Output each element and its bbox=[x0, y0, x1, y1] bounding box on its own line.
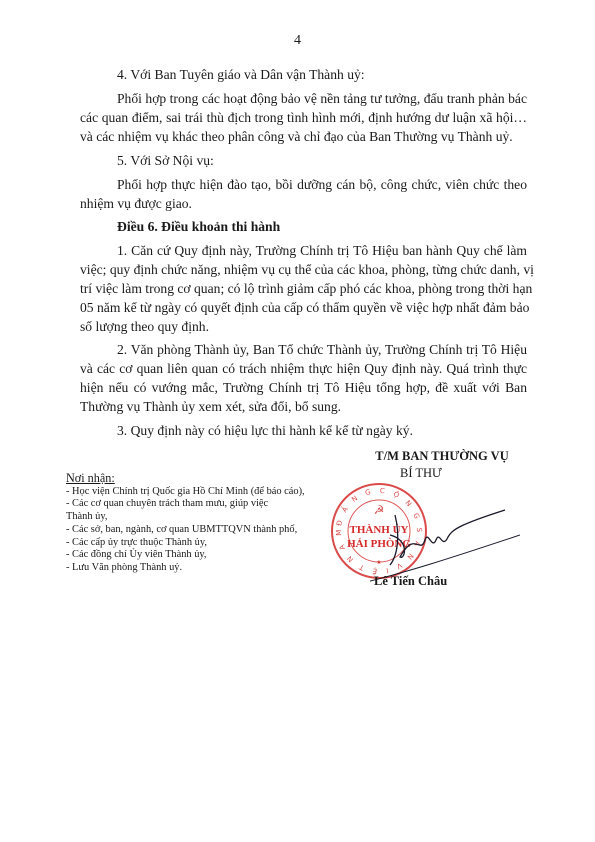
recipients-title: Nơi nhận: bbox=[66, 472, 305, 485]
section-4-heading: 4. Với Ban Tuyên giáo và Dân vận Thành u… bbox=[117, 67, 365, 83]
clause-2-line: hiện nếu có vướng mắc, Trường Chính trị … bbox=[80, 380, 527, 396]
recipient-item: - Học viện Chính trị Quốc gia Hồ Chí Min… bbox=[66, 486, 305, 499]
signature-role: BÍ THƯ bbox=[400, 466, 442, 481]
recipient-item: Thành ủy, bbox=[66, 511, 305, 524]
section-5-line: Phối hợp thực hiện đào tạo, bồi dưỡng cá… bbox=[117, 177, 527, 193]
clause-1-line: số lượng theo quy định. bbox=[80, 319, 209, 335]
recipient-item: - Các đồng chí Ủy viên Thành ủy, bbox=[66, 549, 305, 562]
recipient-item: - Lưu Văn phòng Thành uỷ. bbox=[66, 562, 305, 575]
clause-1-line: 1. Căn cứ Quy định này, Trường Chính trị… bbox=[117, 243, 527, 259]
clause-2-line: và các cơ quan liên quan có trách nhiệm … bbox=[80, 361, 527, 377]
page-number: 4 bbox=[0, 33, 595, 49]
recipient-item: - Các cấp ủy trực thuộc Thành ủy, bbox=[66, 537, 305, 550]
clause-2-line: 2. Văn phòng Thành ủy, Ban Tổ chức Thành… bbox=[117, 342, 527, 358]
recipients-block: Nơi nhận: - Học viện Chính trị Quốc gia … bbox=[66, 472, 305, 575]
section-4-line: Phối hợp trong các hoạt động bảo vệ nền … bbox=[117, 91, 527, 107]
recipient-item: - Các cơ quan chuyên trách tham mưu, giú… bbox=[66, 498, 305, 511]
clause-1-line: trí việc làm trong cơ quan; có lộ trình … bbox=[80, 281, 527, 297]
article-6-heading: Điều 6. Điều khoản thi hành bbox=[117, 219, 280, 235]
section-5-heading: 5. Với Sở Nội vụ: bbox=[117, 153, 214, 169]
clause-1-line: việc; quy định chức năng, nhiệm vụ cụ th… bbox=[80, 262, 527, 278]
clause-2-line: Thường vụ Thành ủy xem xét, sửa đổi, bổ … bbox=[80, 399, 341, 415]
clause-1-line: 05 năm kể từ ngày có quyết định của cấp … bbox=[80, 300, 527, 316]
section-4-line: và các nhiệm vụ khác theo phân công và c… bbox=[80, 129, 513, 145]
signature-organization: T/M BAN THƯỜNG VỤ bbox=[352, 449, 532, 464]
clause-3: 3. Quy định này có hiệu lực thi hành kể … bbox=[117, 423, 413, 439]
signature-scribble-icon bbox=[370, 495, 520, 585]
section-4-line: các quan điểm, sai trái thù địch trong t… bbox=[80, 110, 527, 126]
signer-name: Lê Tiến Châu bbox=[374, 574, 447, 589]
section-5-line: nhiệm vụ được giao. bbox=[80, 196, 192, 212]
recipient-item: - Các sở, ban, ngành, cơ quan UBMTTQVN t… bbox=[66, 524, 305, 537]
